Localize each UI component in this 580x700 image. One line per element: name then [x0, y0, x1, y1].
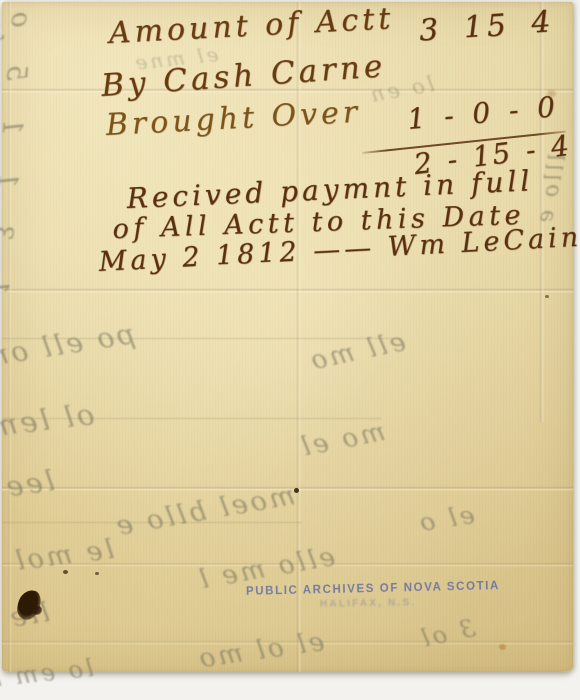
verso-rule-line: [2, 338, 402, 339]
ink-blot-small: [32, 606, 42, 615]
handwriting-amount-label: Amount of Actt: [108, 1, 395, 51]
paper-speck: [545, 295, 549, 298]
bleedthrough-writing: ell mo: [306, 327, 409, 377]
fold-crease-horizontal-5: [2, 640, 573, 645]
fold-crease-horizontal-2: [2, 288, 573, 293]
handwriting-amount-value: 3 15 4: [418, 5, 556, 49]
document-paper: 3o el mne lo en lllo e 1 3 1 1 5 o po el…: [2, 2, 573, 672]
paper-speck: [63, 570, 68, 574]
bleedthrough-writing: el ol mo: [195, 627, 326, 675]
paper-speck: [294, 488, 299, 493]
bleedthrough-writing: lo em l: [0, 654, 95, 693]
fold-crease-vertical-right: [539, 2, 544, 422]
handwriting-brought-over-value: 1 - 0 - 0: [406, 90, 559, 136]
fold-crease-horizontal-4: [2, 562, 573, 567]
bleedthrough-writing: po ell om e: [0, 317, 137, 379]
ink-blot: [15, 588, 43, 622]
paper-stain: [547, 90, 556, 97]
bleedthrough-writing: lee mol en: [0, 464, 57, 521]
bleedthrough-writing: moel bllo e: [111, 480, 297, 542]
fold-crease-vertical-left-edge: [7, 2, 12, 672]
bleedthrough-writing: el o: [415, 500, 477, 538]
bleedthrough-writing: 3 ol: [416, 614, 478, 653]
paper-speck: [95, 572, 99, 575]
archives-stamp-line1: PUBLIC ARCHIVES OF NOVA SCOTIA: [246, 580, 500, 598]
verso-rule-line: [2, 522, 302, 523]
bleedthrough-writing: mo el: [296, 417, 387, 463]
bleedthrough-writing: 3o: [0, 20, 5, 49]
fold-crease-horizontal-3: [2, 486, 573, 491]
bleedthrough-writing: ol lem eo n: [0, 397, 96, 454]
bleedthrough-writing-number-column: 1 3 1 1 5 o: [0, 0, 38, 297]
archives-stamp-line2: HALIFAX, N.S.: [320, 597, 417, 610]
paper-stain: [499, 644, 506, 650]
verso-rule-line: [2, 418, 382, 419]
handwriting-brought-over-label: Brought Over: [105, 95, 362, 143]
